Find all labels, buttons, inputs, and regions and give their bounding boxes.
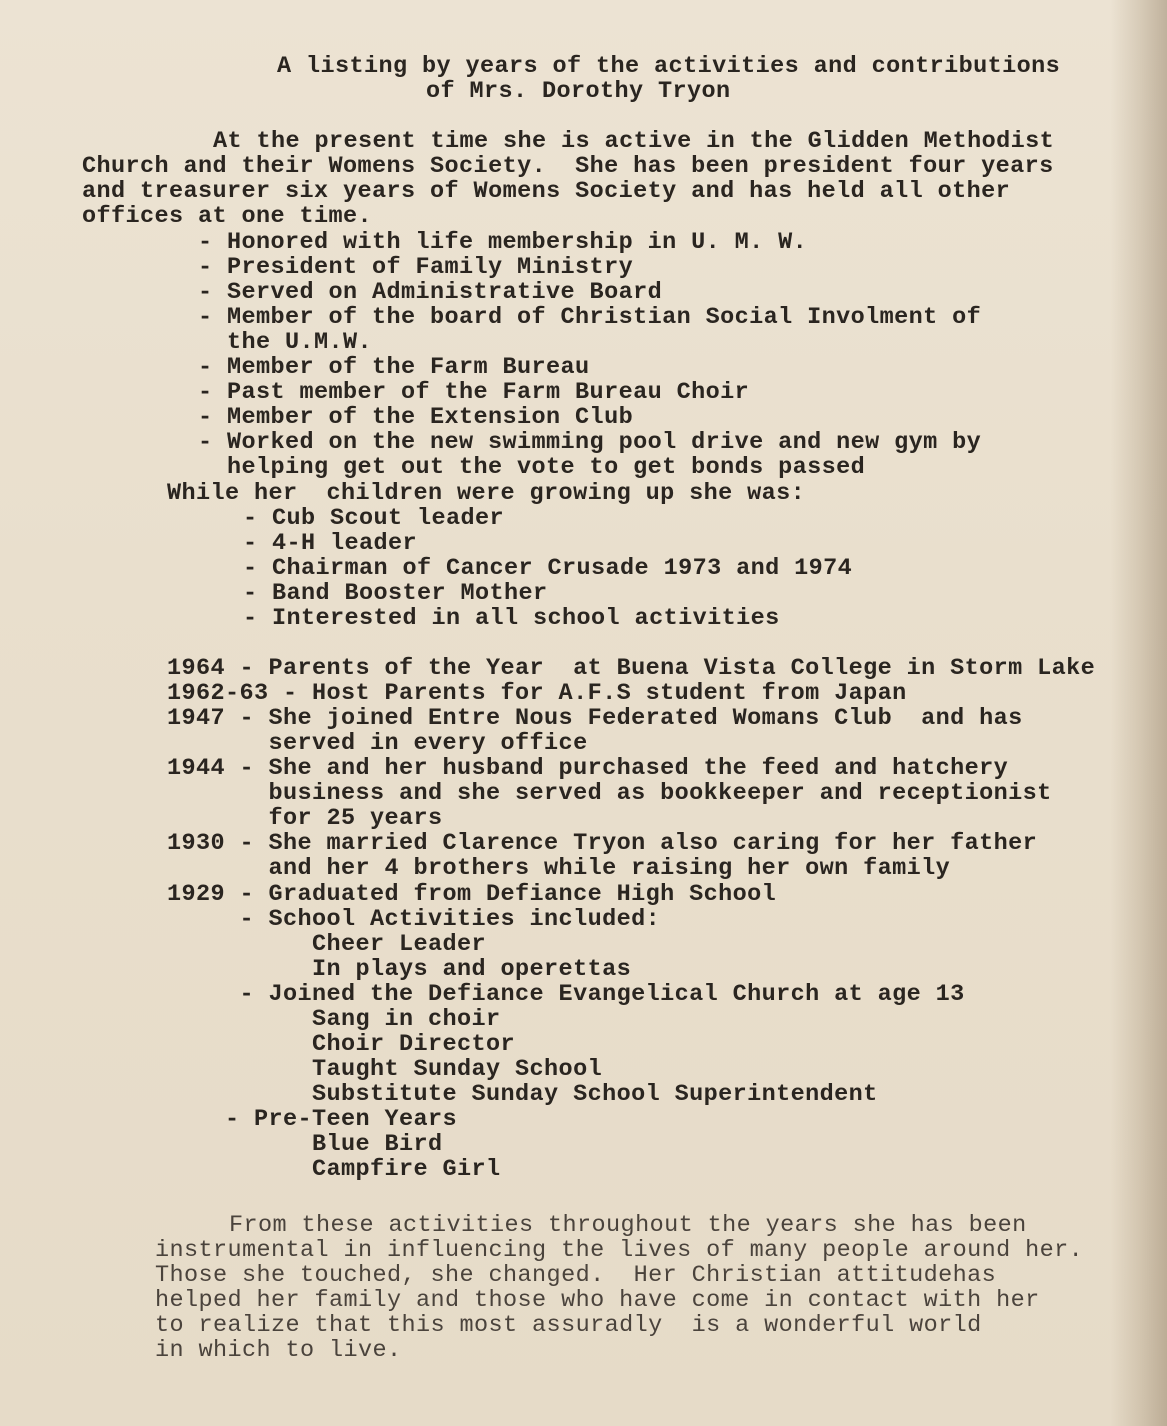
children-heading: While her children were growing up she w…	[167, 481, 805, 506]
closing-line-4: helped her family and those who have com…	[155, 1288, 1040, 1313]
timeline-blue-bird: Blue Bird	[167, 1132, 443, 1157]
timeline-1944-cont-2: for 25 years	[167, 806, 443, 831]
church-item-2: - President of Family Ministry	[198, 255, 633, 280]
timeline-1929: 1929 - Graduated from Defiance High Scho…	[167, 882, 776, 907]
closing-line-2: instrumental in influencing the lives of…	[155, 1238, 1083, 1263]
title-line-2: of Mrs. Dorothy Tryon	[426, 79, 731, 104]
church-item-3: - Served on Administrative Board	[198, 280, 662, 305]
church-item-4: - Member of the board of Christian Socia…	[198, 305, 981, 330]
church-item-6: - Past member of the Farm Bureau Choir	[198, 380, 749, 405]
children-item-5: - Interested in all school activities	[243, 606, 780, 631]
church-item-4-cont: the U.M.W.	[198, 330, 372, 355]
children-item-4: - Band Booster Mother	[243, 581, 548, 606]
timeline-pre-teen: - Pre-Teen Years	[167, 1107, 457, 1132]
church-item-8: - Worked on the new swimming pool drive …	[198, 430, 981, 455]
timeline-plays: In plays and operettas	[167, 957, 631, 982]
intro-line-4: offices at one time.	[82, 204, 372, 229]
typewritten-page: A listing by years of the activities and…	[0, 0, 1167, 1426]
closing-line-1: From these activities throughout the yea…	[229, 1213, 1027, 1238]
title-line-1: A listing by years of the activities and…	[277, 54, 1060, 79]
closing-line-6: in which to live.	[155, 1338, 402, 1363]
timeline-superintendent: Substitute Sunday School Superintendent	[167, 1082, 878, 1107]
timeline-choir-director: Choir Director	[167, 1032, 515, 1057]
timeline-1964: 1964 - Parents of the Year at Buena Vist…	[167, 656, 1095, 681]
children-item-2: - 4-H leader	[243, 531, 417, 556]
children-item-1: - Cub Scout leader	[243, 506, 504, 531]
timeline-cheer-leader: Cheer Leader	[167, 932, 486, 957]
timeline-1962-63: 1962-63 - Host Parents for A.F.S student…	[167, 681, 907, 706]
timeline-sang-choir: Sang in choir	[167, 1007, 501, 1032]
intro-line-2: Church and their Womens Society. She has…	[82, 154, 1054, 179]
children-item-3: - Chairman of Cancer Crusade 1973 and 19…	[243, 556, 852, 581]
timeline-evangelical-church: - Joined the Defiance Evangelical Church…	[167, 982, 965, 1007]
timeline-1947-cont: served in every office	[167, 731, 588, 756]
timeline-campfire-girl: Campfire Girl	[167, 1157, 501, 1182]
timeline-1944: 1944 - She and her husband purchased the…	[167, 756, 1008, 781]
timeline-sunday-school: Taught Sunday School	[167, 1057, 602, 1082]
closing-line-3: Those she touched, she changed. Her Chri…	[155, 1263, 996, 1288]
timeline-1930: 1930 - She married Clarence Tryon also c…	[167, 831, 1037, 856]
church-item-5: - Member of the Farm Bureau	[198, 355, 590, 380]
intro-line-1: At the present time she is active in the…	[213, 129, 1054, 154]
closing-line-5: to realize that this most assuradly is a…	[155, 1313, 982, 1338]
church-item-7: - Member of the Extension Club	[198, 405, 633, 430]
timeline-school-activities: - School Activities included:	[167, 907, 660, 932]
timeline-1947: 1947 - She joined Entre Nous Federated W…	[167, 706, 1023, 731]
church-item-1: - Honored with life membership in U. M. …	[198, 230, 807, 255]
church-item-8-cont: helping get out the vote to get bonds pa…	[198, 455, 865, 480]
timeline-1944-cont-1: business and she served as bookkeeper an…	[167, 781, 1052, 806]
timeline-1930-cont: and her 4 brothers while raising her own…	[167, 856, 950, 881]
intro-line-3: and treasurer six years of Womens Societ…	[82, 179, 1010, 204]
